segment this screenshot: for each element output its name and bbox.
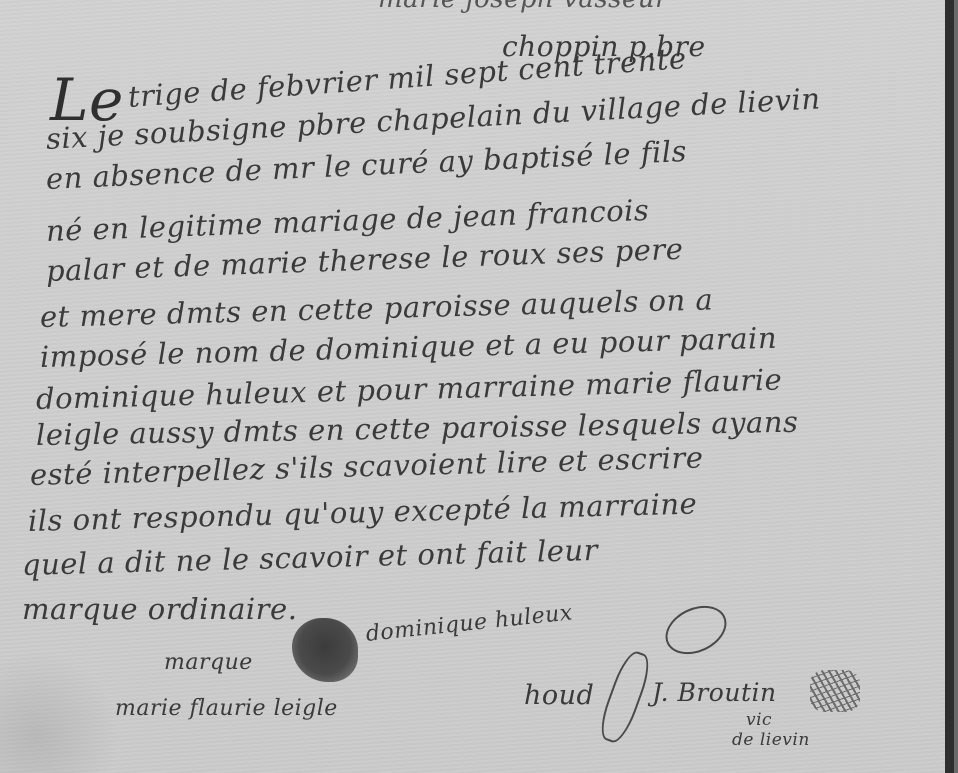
godfather-signature: dominique huleux [365, 600, 574, 647]
godfather-paraph [658, 597, 735, 664]
priest-signature: J. Broutin [652, 678, 777, 707]
godmother-mark-label: marque [164, 650, 253, 675]
body-line-12: quel a dit ne le scavoir et ont fait leu… [22, 533, 599, 582]
godmother-name: marie flaurie leigle [115, 696, 338, 721]
document-scan: marie joseph vasseur choppin p.bre Le tr… [0, 0, 945, 773]
paper-stain [0, 650, 120, 773]
priest-title-line-1: vic [746, 710, 772, 730]
father-signature: houd [524, 680, 594, 711]
scan-border [945, 0, 958, 773]
godmother-mark-blot [292, 618, 358, 682]
priest-initial-flourish [595, 648, 655, 747]
header-partial-line: marie joseph vasseur [378, 0, 668, 14]
priest-title-line-2: de lievin [732, 730, 810, 750]
body-line-13: marque ordinaire. [22, 592, 297, 626]
body-line-11: ils ont respondu qu'ouy excepté la marra… [28, 486, 698, 538]
priest-paraph [810, 670, 860, 712]
